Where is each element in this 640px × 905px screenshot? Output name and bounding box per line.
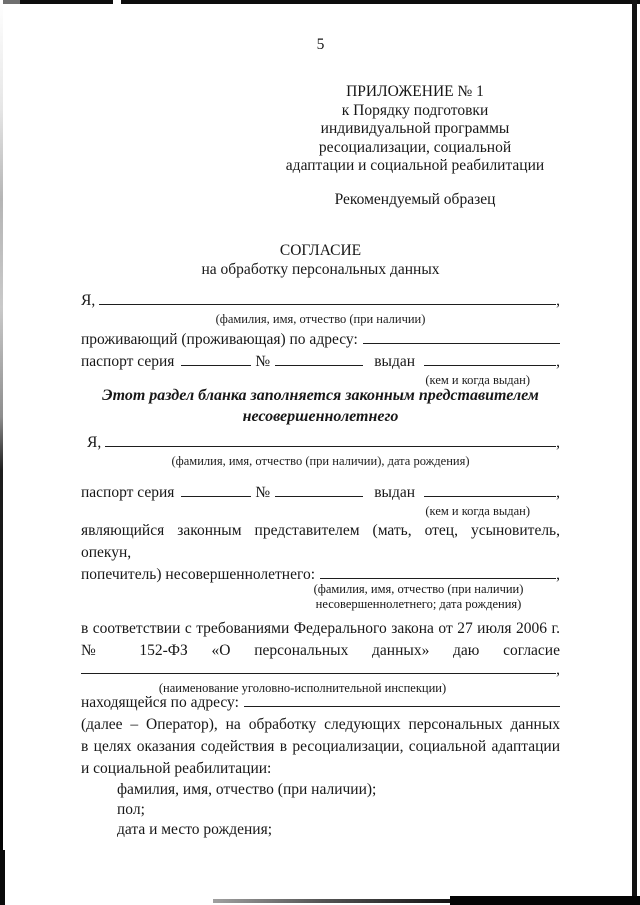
- guardian-role-label: попечитель) несовершеннолетнего:: [81, 564, 315, 586]
- fio-field-row: Я, ,: [81, 290, 560, 312]
- scan-edge-top-gray: [0, 0, 20, 4]
- appendix-header-line: к Порядку подготовки: [270, 102, 560, 121]
- operator-line3: и социальной реабилитации:: [81, 758, 560, 780]
- inspection-fill-in-line: [81, 673, 556, 674]
- inspection-field-row: ,: [81, 659, 560, 681]
- minor-caption: (фамилия, имя, отчество (при наличии) не…: [301, 582, 536, 611]
- operator-line1: (далее – Оператор), на обработку следующ…: [81, 714, 560, 736]
- document-title-line1: СОГЛАСИЕ: [81, 242, 560, 261]
- operator-line2: в целях оказания содействия в ресоциализ…: [81, 736, 560, 758]
- appendix-header-line: ПРИЛОЖЕНИЕ № 1: [270, 83, 560, 102]
- passport-number-fill-in: [275, 365, 363, 366]
- located-fill-in-line: [244, 706, 560, 707]
- scanned-document-page: 5 ПРИЛОЖЕНИЕ № 1 к Порядку подготовки ин…: [0, 0, 640, 905]
- trailing-comma: ,: [556, 290, 560, 312]
- sample-note: Рекомендуемый образец: [270, 191, 560, 210]
- trailing-comma: ,: [556, 659, 560, 681]
- passport-series-fill-in: [181, 365, 251, 366]
- document-title: СОГЛАСИЕ на обработку персональных данны…: [81, 242, 560, 279]
- i-label: Я,: [81, 290, 95, 312]
- document-content: 5 ПРИЛОЖЕНИЕ № 1 к Порядку подготовки ин…: [81, 0, 560, 840]
- trailing-comma: ,: [556, 351, 560, 373]
- passport-issued-label: выдан: [374, 482, 415, 504]
- personal-data-item: фамилия, имя, отчество (при наличии);: [81, 780, 560, 800]
- passport-label: паспорт серия: [81, 351, 174, 373]
- guardian-fio-fill-in-line: [105, 446, 556, 447]
- guardian-role-line: являющийся законным представителем (мать…: [81, 520, 560, 564]
- i-label: Я,: [87, 432, 101, 454]
- trailing-comma: ,: [556, 482, 560, 504]
- passport-issued-fill-in: [424, 365, 556, 366]
- issued-caption: (кем и когда выдан): [81, 504, 560, 519]
- guardian-passport-field-row: паспорт серия № выдан ,: [81, 482, 560, 504]
- guardian-section-note: Этот раздел бланка заполняется законным …: [81, 385, 560, 427]
- document-title-line2: на обработку персональных данных: [81, 261, 560, 280]
- address-label: проживающий (проживающая) по адресу:: [81, 329, 358, 351]
- passport-no-label: №: [255, 482, 270, 504]
- trailing-comma: ,: [556, 564, 560, 586]
- address-field-row: проживающий (проживающая) по адресу:: [81, 329, 560, 351]
- minor-fio-fill-in-line: [320, 578, 556, 579]
- page-number: 5: [81, 34, 560, 56]
- passport-number-fill-in: [275, 496, 363, 497]
- guardian-note-line2: несовершеннолетнего: [81, 406, 560, 427]
- scan-edge-bottom-right: [450, 896, 640, 905]
- scan-edge-left-foot: [0, 850, 5, 905]
- passport-field-row: паспорт серия № выдан ,: [81, 351, 560, 373]
- appendix-header-line: ресоциализации, социальной: [270, 139, 560, 158]
- passport-series-fill-in: [181, 496, 251, 497]
- guardian-note-line1: Этот раздел бланка заполняется законным …: [81, 385, 560, 406]
- address-fill-in-line: [363, 343, 560, 344]
- law-reference-line1: в соответствии с требованиями Федерально…: [81, 618, 560, 640]
- fio-dob-caption: (фамилия, имя, отчество (при наличии), д…: [81, 454, 560, 469]
- minor-caption-line1: (фамилия, имя, отчество (при наличии): [301, 582, 536, 597]
- passport-no-label: №: [255, 351, 270, 373]
- personal-data-item: дата и место рождения;: [81, 820, 560, 840]
- law-reference-line2: № 152-ФЗ «О персональных данных» даю сог…: [81, 640, 560, 662]
- appendix-header-line: индивидуальной программы: [270, 120, 560, 139]
- appendix-header-line: адаптации и социальной реабилитации: [270, 157, 560, 176]
- passport-issued-fill-in: [424, 496, 556, 497]
- fio-caption: (фамилия, имя, отчество (при наличии): [81, 312, 560, 327]
- scan-edge-left: [0, 0, 3, 905]
- guardian-fio-field-row: Я, ,: [81, 432, 560, 454]
- fio-fill-in-line: [99, 304, 556, 305]
- appendix-header: ПРИЛОЖЕНИЕ № 1 к Порядку подготовки инди…: [270, 83, 560, 176]
- minor-caption-line2: несовершеннолетнего; дата рождения): [301, 597, 536, 612]
- passport-label: паспорт серия: [81, 482, 174, 504]
- trailing-comma: ,: [556, 432, 560, 454]
- passport-issued-label: выдан: [374, 351, 415, 373]
- located-label: находящейся по адресу:: [81, 692, 239, 714]
- personal-data-item: пол;: [81, 800, 560, 820]
- scan-edge-right: [632, 0, 637, 905]
